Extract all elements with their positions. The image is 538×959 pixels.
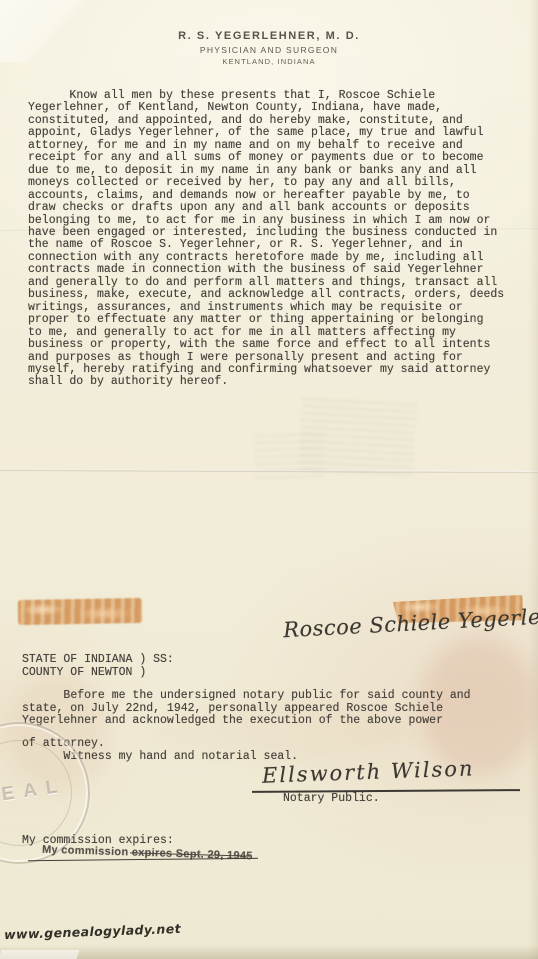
notary-title: Notary Public. (283, 792, 380, 805)
bottom-edge-highlight (0, 950, 79, 959)
scanned-document-page: R. S. YEGERLEHNER, M. D. PHYSICIAN AND S… (0, 0, 538, 959)
genealogy-watermark: www.genealogylady.net (4, 921, 181, 942)
page-edge-shadow (528, 0, 538, 959)
letterhead-location: KENTLAND, INDIANA (0, 57, 538, 66)
seal-text: SEAL (0, 775, 68, 810)
bottom-edge-shadow (0, 945, 538, 959)
letterhead-title: PHYSICIAN AND SURGEON (0, 45, 538, 55)
tape-stain-left (18, 598, 142, 625)
letterhead-name: R. S. YEGERLEHNER, M. D. (0, 30, 538, 42)
seal-inner-ring: SEAL (0, 740, 72, 846)
ink-bleedthrough (254, 429, 326, 479)
document-body-text: Know all men by these presents that I, R… (28, 90, 528, 389)
state-county-block: STATE OF INDIANA ) SS: COUNTY OF NEWTON … (22, 653, 174, 679)
notary-acknowledgment: Before me the undersigned notary public … (22, 690, 471, 728)
